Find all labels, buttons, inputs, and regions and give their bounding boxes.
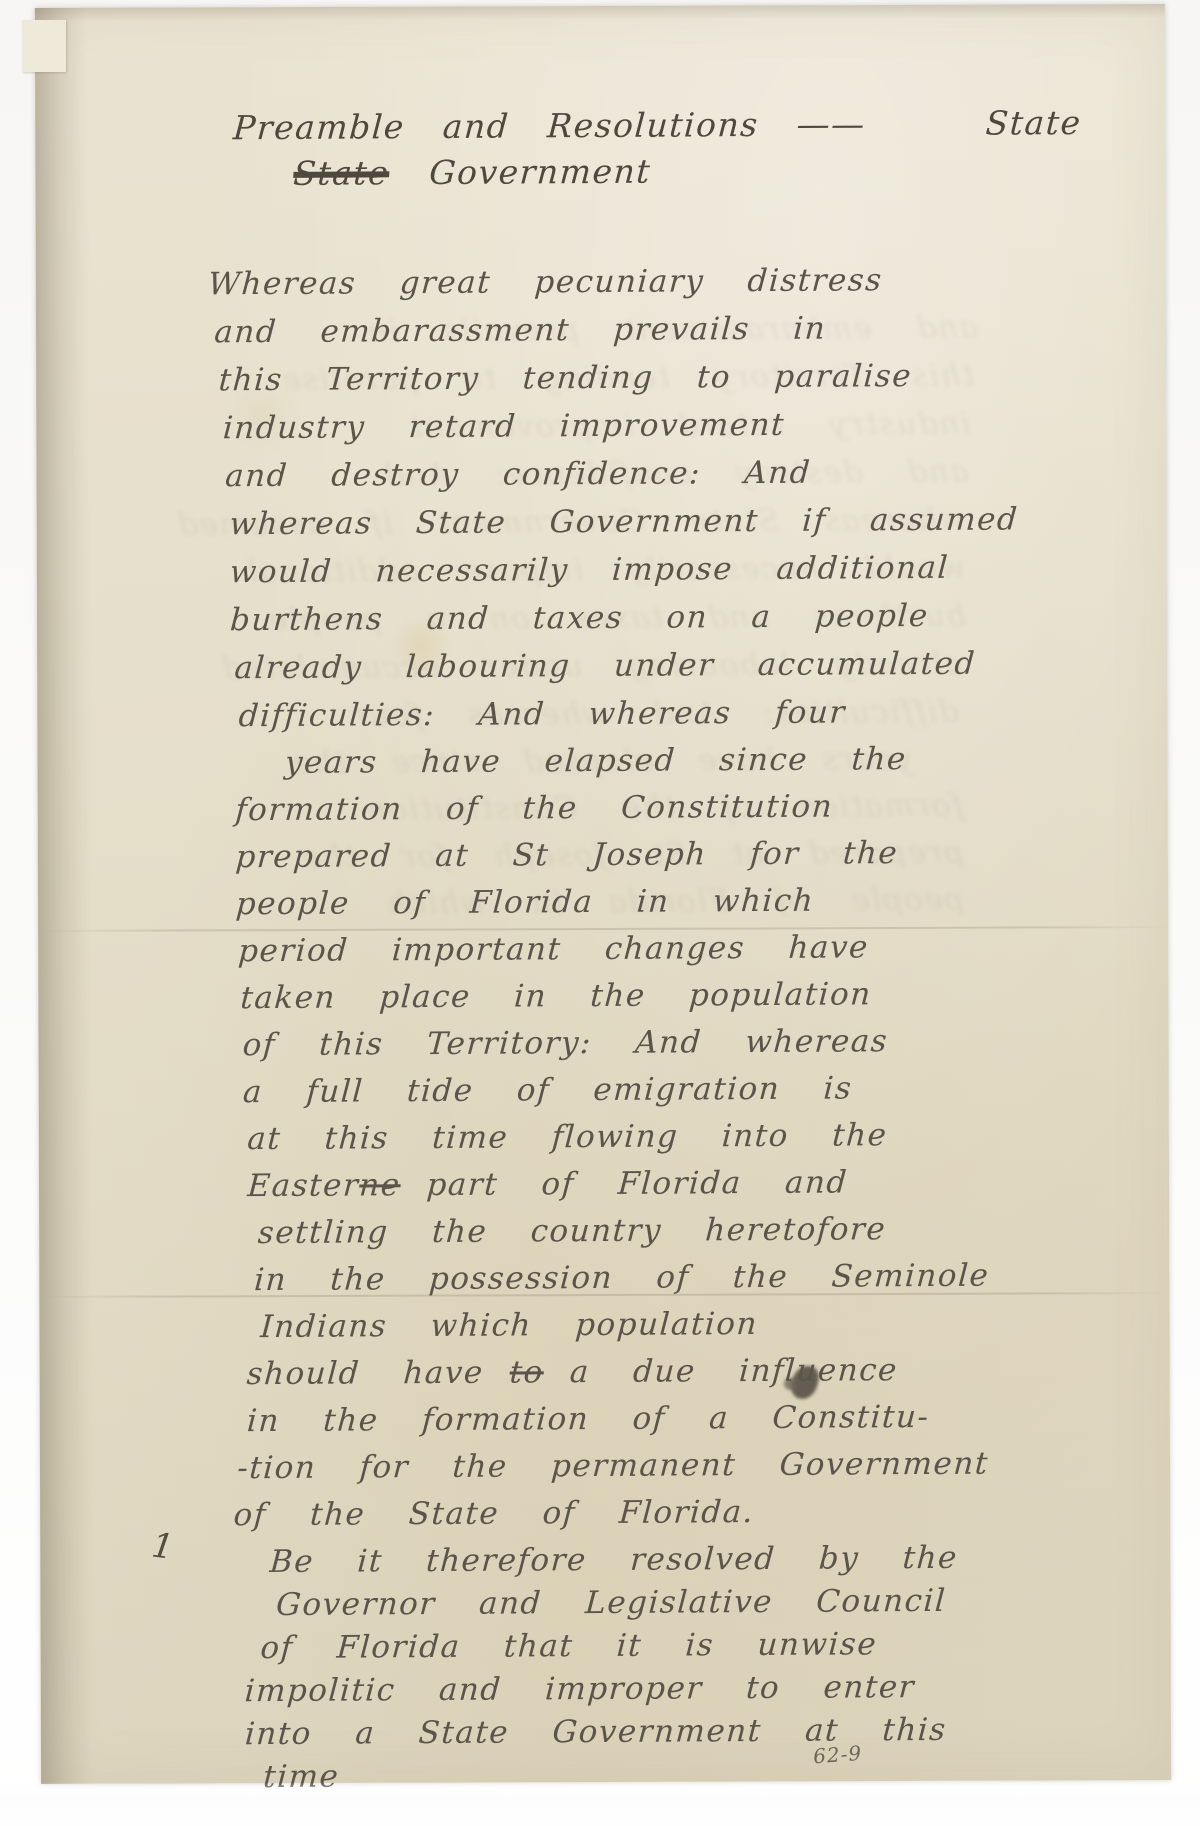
scanned-document: and embarassment prevails inthis Territo… <box>0 0 1200 1834</box>
manuscript-line: formation of the Constitution <box>234 787 834 831</box>
handwritten-text: whereas State Government if assumed <box>228 501 1019 542</box>
manuscript-line: of this Territory: And whereas <box>242 1021 890 1065</box>
struck-text: to <box>509 1354 545 1390</box>
manuscript-line: prepared at St Joseph for the <box>234 833 899 877</box>
manuscript-line: and destroy confidence: And <box>224 453 812 497</box>
handwritten-text: prepared at St Joseph for the <box>234 835 899 875</box>
margin-number: 1 <box>149 1525 176 1568</box>
manuscript-line: settling the country heretofore <box>257 1209 888 1253</box>
handwritten-text: would necessarily impose additional <box>229 550 950 590</box>
manuscript-line: a full tide of emigration is <box>242 1068 854 1112</box>
manuscript-line: this Territory tending to paralise <box>217 356 913 400</box>
handwritten-text: industry retard improvement <box>222 407 786 446</box>
manuscript-line: at this time flowing into the <box>246 1115 889 1159</box>
manuscript-line: whereas State Government if assumed <box>228 499 1019 544</box>
manuscript-line: years have elapsed since the <box>284 739 908 783</box>
manuscript-line: in the formation of a Constitu- <box>246 1397 931 1441</box>
handwritten-text: Be it therefore resolved by the <box>269 1540 959 1580</box>
manuscript-line: in the possession of the Seminole <box>253 1256 991 1301</box>
handwritten-text: this Territory tending to paralise <box>218 358 914 398</box>
handwritten-text: already labouring under accumulated <box>233 646 977 687</box>
manuscript-line: people of Florida in which <box>235 881 816 925</box>
manuscript-line: should havetoa due influence <box>246 1350 900 1394</box>
heading-line: StateGovernment <box>292 152 652 194</box>
handwritten-text: a due influence <box>569 1352 899 1390</box>
handwritten-text: into a State Government at this <box>244 1712 948 1752</box>
handwritten-text: taken place in the population <box>239 976 873 1016</box>
handwritten-text: Preamble and Resolutions —— <box>232 104 867 147</box>
manuscript-line: industry retard improvement <box>222 405 787 448</box>
manuscript-line: -tion for the permanent Government <box>236 1444 990 1489</box>
manuscript-line: and embarassment prevails in <box>213 309 827 353</box>
handwritten-text: Indians which population <box>259 1306 759 1345</box>
handwritten-text: and embarassment prevails in <box>213 311 827 351</box>
handwritten-text: impolitic and improper to enter <box>244 1669 917 1709</box>
handwritten-text: Whereas great pecuniary distress <box>207 262 884 302</box>
handwritten-text: difficulties: And whereas four <box>238 694 847 734</box>
handwritten-text: formation of the Constitution <box>234 789 834 829</box>
handwritten-text: Easter <box>246 1167 360 1204</box>
handwritten-text: a full tide of emigration is <box>242 1070 854 1110</box>
handwritten-text: Governor and Legislative Council <box>275 1583 947 1623</box>
struck-text: ne <box>358 1167 402 1203</box>
handwritten-text: people of Florida in which <box>235 883 816 923</box>
handwritten-text: in the formation of a Constitu- <box>246 1399 931 1439</box>
handwritten-text: settling the country heretofore <box>257 1211 888 1251</box>
scan-background <box>0 1782 1200 1834</box>
handwritten-text: burthens and taxes on a people <box>229 598 930 638</box>
handwritten-text: -tion for the permanent Government <box>236 1446 990 1487</box>
manuscript-line: of the State of Florida. <box>232 1492 755 1535</box>
struck-text: State <box>292 153 390 193</box>
heading-line: Preamble and Resolutions ——State <box>232 103 1083 148</box>
handwritten-text: should have <box>246 1355 485 1392</box>
manuscript-line: burthens and taxes on a people <box>229 596 930 640</box>
manuscript-line: difficulties: And whereas four <box>237 692 847 736</box>
handwritten-text: years have elapsed since the <box>284 741 908 781</box>
handwritten-text: in the possession of the Seminole <box>253 1258 990 1299</box>
manuscript-line: taken place in the population <box>239 974 873 1018</box>
handwritten-text: period important changes have <box>237 929 870 969</box>
manuscript-line: Whereas great pecuniary distress <box>207 260 884 304</box>
handwritten-text: State <box>985 103 1083 143</box>
handwritten-text: at this time flowing into the <box>246 1117 888 1157</box>
handwritten-text: of Florida that it is unwise <box>259 1626 878 1666</box>
handwritten-text: Government <box>428 152 652 192</box>
manuscript-line: period important changes have <box>237 927 870 971</box>
manuscript-line: Governor and Legislative Council <box>275 1581 948 1625</box>
manuscript-line: Easternepart of Florida and <box>246 1162 849 1206</box>
handwritten-text: part of Florida and <box>425 1164 849 1203</box>
handwritten-text: of this Territory: And whereas <box>242 1023 890 1063</box>
manuscript-line: into a State Government at this <box>244 1710 948 1754</box>
handwritten-text: of the State of Florida. <box>232 1494 755 1533</box>
manuscript-line: Be it therefore resolved by the <box>269 1538 960 1582</box>
manuscript-line: Indians which population <box>259 1304 759 1347</box>
manuscript-line: impolitic and improper to enter <box>243 1667 916 1711</box>
handwritten-text: and destroy confidence: And <box>224 455 812 495</box>
manuscript-line: would necessarily impose additional <box>229 548 951 592</box>
manuscript-line: already labouring under accumulated <box>233 644 977 689</box>
manuscript-line: of Florida that it is unwise <box>259 1624 878 1668</box>
manuscript-text-layer: 1 62-9 Preamble and Resolutions ——StateS… <box>0 0 1200 1834</box>
